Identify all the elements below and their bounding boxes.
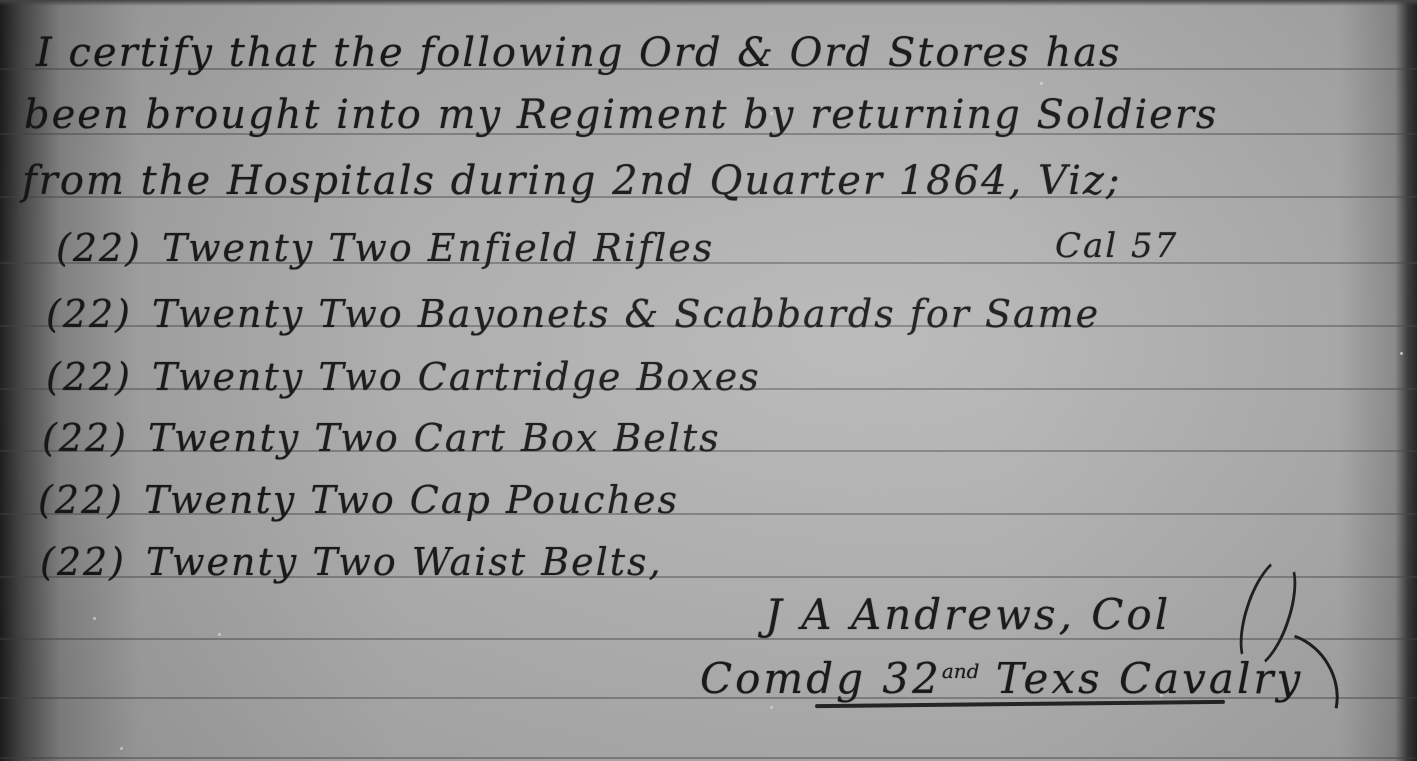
ruled-line bbox=[0, 757, 1417, 759]
certification-line-3: from the Hospitals during 2nd Quarter 18… bbox=[22, 158, 1121, 204]
list-item: (22)Twenty Two Cap Pouches bbox=[38, 478, 679, 522]
scan-speck bbox=[1400, 352, 1403, 355]
scan-speck bbox=[218, 633, 221, 636]
scan-speck bbox=[770, 112, 773, 115]
item-caliber-note: Cal 57 bbox=[1055, 226, 1178, 266]
ruled-line bbox=[0, 638, 1417, 640]
list-item: (22)Twenty Two Enfield Rifles bbox=[56, 226, 714, 270]
unit-prefix: Comdg 32 bbox=[700, 654, 942, 703]
scan-speck bbox=[770, 706, 773, 709]
unit-ordinal: and bbox=[942, 659, 980, 683]
list-item: (22)Twenty Two Cartridge Boxes bbox=[46, 355, 761, 399]
item-description: Twenty Two Cap Pouches bbox=[144, 478, 679, 522]
list-item: (22)Twenty Two Waist Belts, bbox=[40, 540, 663, 584]
item-description: Twenty Two Waist Belts, bbox=[146, 540, 663, 584]
signature-unit: Comdg 32and Texs Cavalry bbox=[700, 654, 1303, 703]
list-item: (22)Twenty Two Bayonets & Scabbards for … bbox=[46, 292, 1100, 336]
scan-speck bbox=[93, 617, 96, 620]
list-item: (22)Twenty Two Cart Box Belts bbox=[42, 416, 721, 460]
item-quantity: (22) bbox=[46, 292, 132, 336]
item-quantity: (22) bbox=[42, 416, 128, 460]
scan-speck bbox=[120, 747, 123, 750]
certification-line-1: I certify that the following Ord & Ord S… bbox=[36, 30, 1122, 76]
item-description: Twenty Two Cartridge Boxes bbox=[152, 355, 761, 399]
item-quantity: (22) bbox=[40, 540, 126, 584]
item-description: Twenty Two Enfield Rifles bbox=[162, 226, 714, 270]
signature-name: J A Andrews, Col bbox=[765, 590, 1171, 639]
item-quantity: (22) bbox=[38, 478, 124, 522]
item-quantity: (22) bbox=[56, 226, 142, 270]
item-quantity: (22) bbox=[46, 355, 132, 399]
scan-speck bbox=[1040, 82, 1043, 85]
signature-flourish bbox=[1217, 614, 1358, 761]
item-description: Twenty Two Bayonets & Scabbards for Same bbox=[152, 292, 1100, 336]
certification-line-2: been brought into my Regiment by returni… bbox=[24, 92, 1218, 138]
item-description: Twenty Two Cart Box Belts bbox=[148, 416, 721, 460]
document-page: I certify that the following Ord & Ord S… bbox=[0, 0, 1417, 761]
page-top-edge bbox=[0, 0, 1417, 6]
scan-speck bbox=[1160, 694, 1163, 697]
